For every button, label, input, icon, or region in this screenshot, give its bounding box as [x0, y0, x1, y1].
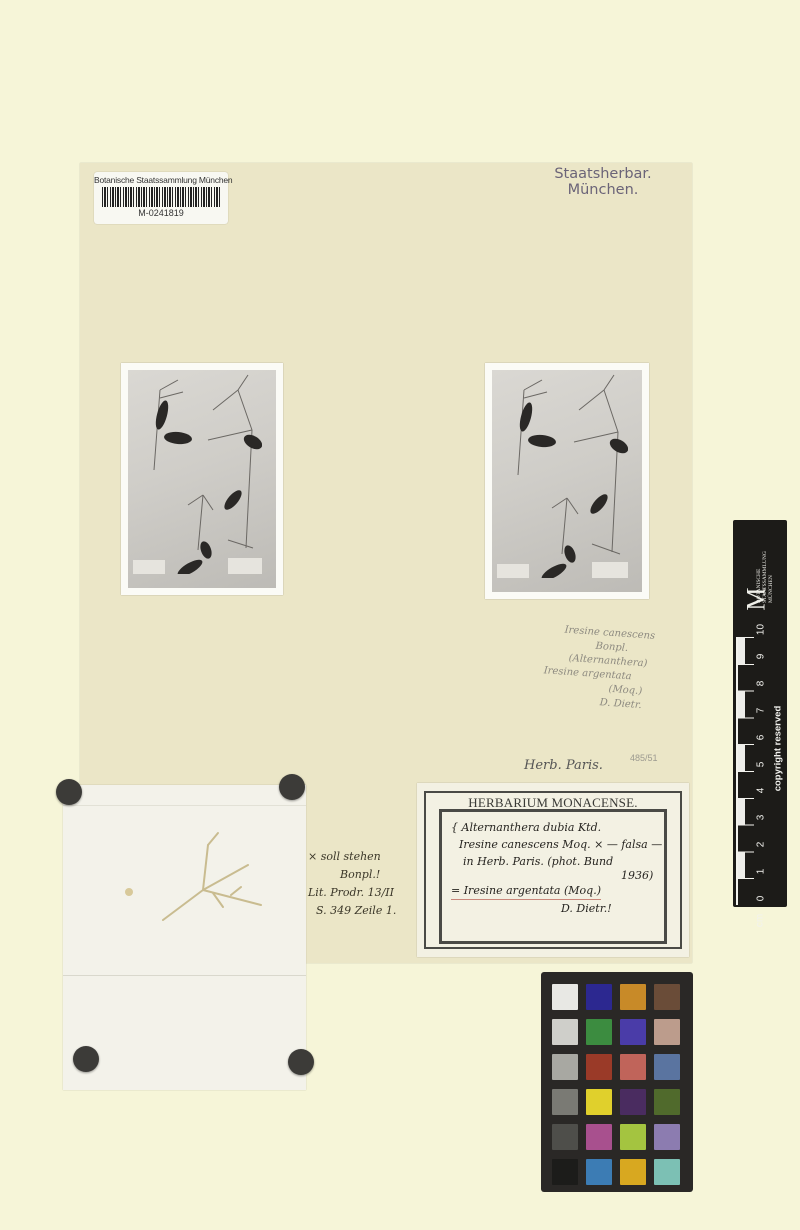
logo-institution: BOTANISCHE STAATSSAMMLUNG MÜNCHEN	[756, 523, 774, 603]
scale-ticks	[736, 637, 754, 905]
plant-specimen-icon	[128, 370, 262, 574]
barcode-id: M-0241819	[94, 208, 228, 218]
copyright-text: copyright reserved	[771, 650, 785, 850]
scale-number: 2	[756, 837, 767, 853]
institution-stamp: Staatsherbar. München.	[548, 166, 658, 198]
color-patch	[552, 984, 578, 1010]
note-line: Lit. Prodr. 13/II	[308, 884, 396, 902]
color-patch	[654, 1159, 680, 1185]
scale-number: 10	[756, 622, 767, 638]
color-patch	[586, 1089, 612, 1115]
color-patch	[620, 1124, 646, 1150]
pencil-annotation: Iresine canescens Bonpl. (Alternanthera)…	[559, 624, 695, 717]
scale-number: 7	[756, 703, 767, 719]
color-patch	[620, 1159, 646, 1185]
stamp-line-1: Staatsherbar.	[548, 166, 658, 182]
specimen-photograph-right	[485, 363, 649, 599]
scale-number: 9	[756, 649, 767, 665]
label-text: { Alternanthera dubia Ktd. Iresine canes…	[451, 819, 662, 917]
color-patch	[552, 1124, 578, 1150]
fragment-packet[interactable]	[63, 785, 306, 1090]
determination-label: HERBARIUM MONACENSE. { Alternanthera dub…	[417, 783, 689, 957]
color-patch	[654, 1124, 680, 1150]
color-patch	[586, 1124, 612, 1150]
color-patch	[552, 1159, 578, 1185]
color-patch	[620, 1089, 646, 1115]
color-patch	[654, 1089, 680, 1115]
scale-number: 1	[756, 864, 767, 880]
color-patch	[586, 1159, 612, 1185]
color-checker	[541, 972, 693, 1192]
label-line: = Iresine argentata (Moq.)	[451, 882, 601, 900]
color-patch-grid	[552, 984, 680, 1185]
barcode-label: Botanische Staatssammlung München M-0241…	[94, 172, 228, 224]
label-line: { Alternanthera dubia Ktd.	[451, 819, 662, 836]
scale-number: 8	[756, 676, 767, 692]
handwritten-note: × soll stehen Bonpl.! Lit. Prodr. 13/II …	[308, 848, 396, 920]
label-line: Iresine canescens Moq. × — falsa —	[451, 836, 662, 853]
color-patch	[586, 1054, 612, 1080]
color-patch	[620, 984, 646, 1010]
note-line: S. 349 Zeile 1.	[308, 902, 396, 920]
barcode-icon	[102, 187, 220, 207]
magnet-bottom-right	[288, 1049, 314, 1075]
barcode-institution: Botanische Staatssammlung München	[94, 175, 228, 185]
scale-number: 4	[756, 783, 767, 799]
accession-number: 485/51	[630, 753, 658, 763]
magnet-bottom-left	[73, 1046, 99, 1072]
packet-fold	[63, 975, 306, 976]
color-patch	[552, 1019, 578, 1045]
institution-logo: M BOTANISCHE STAATSSAMMLUNG MÜNCHEN	[739, 526, 783, 626]
label-line: D. Dietr.!	[451, 900, 662, 917]
stamp-line-2: München.	[548, 182, 658, 198]
magnet-top-right	[279, 774, 305, 800]
color-patch	[552, 1089, 578, 1115]
scale-number: 3	[756, 810, 767, 826]
plant-fragment-icon	[113, 825, 273, 935]
packet-fold	[63, 805, 306, 806]
color-patch	[654, 1019, 680, 1045]
scale-number: 0	[756, 891, 767, 907]
copyright-label: copyright reserved	[773, 649, 784, 849]
color-patch	[654, 1054, 680, 1080]
magnet-top-left	[56, 779, 82, 805]
color-patch	[620, 1054, 646, 1080]
scale-unit: cm	[755, 913, 766, 929]
color-patch	[654, 984, 680, 1010]
logo-line: MÜNCHEN	[768, 523, 774, 603]
plant-specimen-icon	[492, 370, 628, 578]
scale-number: 5	[756, 757, 767, 773]
herb-paris-note: Herb. Paris.	[524, 758, 603, 773]
scale-numbers: 0 1 2 3 4 5 6 7 8 9 10 cm	[753, 625, 769, 907]
scale-number: 6	[756, 730, 767, 746]
specimen-photograph-left	[121, 363, 283, 595]
label-line: in Herb. Paris. (phot. Bund	[451, 853, 662, 870]
color-patch	[586, 1019, 612, 1045]
scale-bar: M BOTANISCHE STAATSSAMMLUNG MÜNCHEN 0 1 …	[733, 520, 787, 907]
color-patch	[620, 1019, 646, 1045]
note-line: × soll stehen	[308, 848, 396, 866]
note-line: Bonpl.!	[308, 866, 396, 884]
label-line: 1936)	[451, 870, 662, 882]
color-patch	[552, 1054, 578, 1080]
color-patch	[586, 984, 612, 1010]
